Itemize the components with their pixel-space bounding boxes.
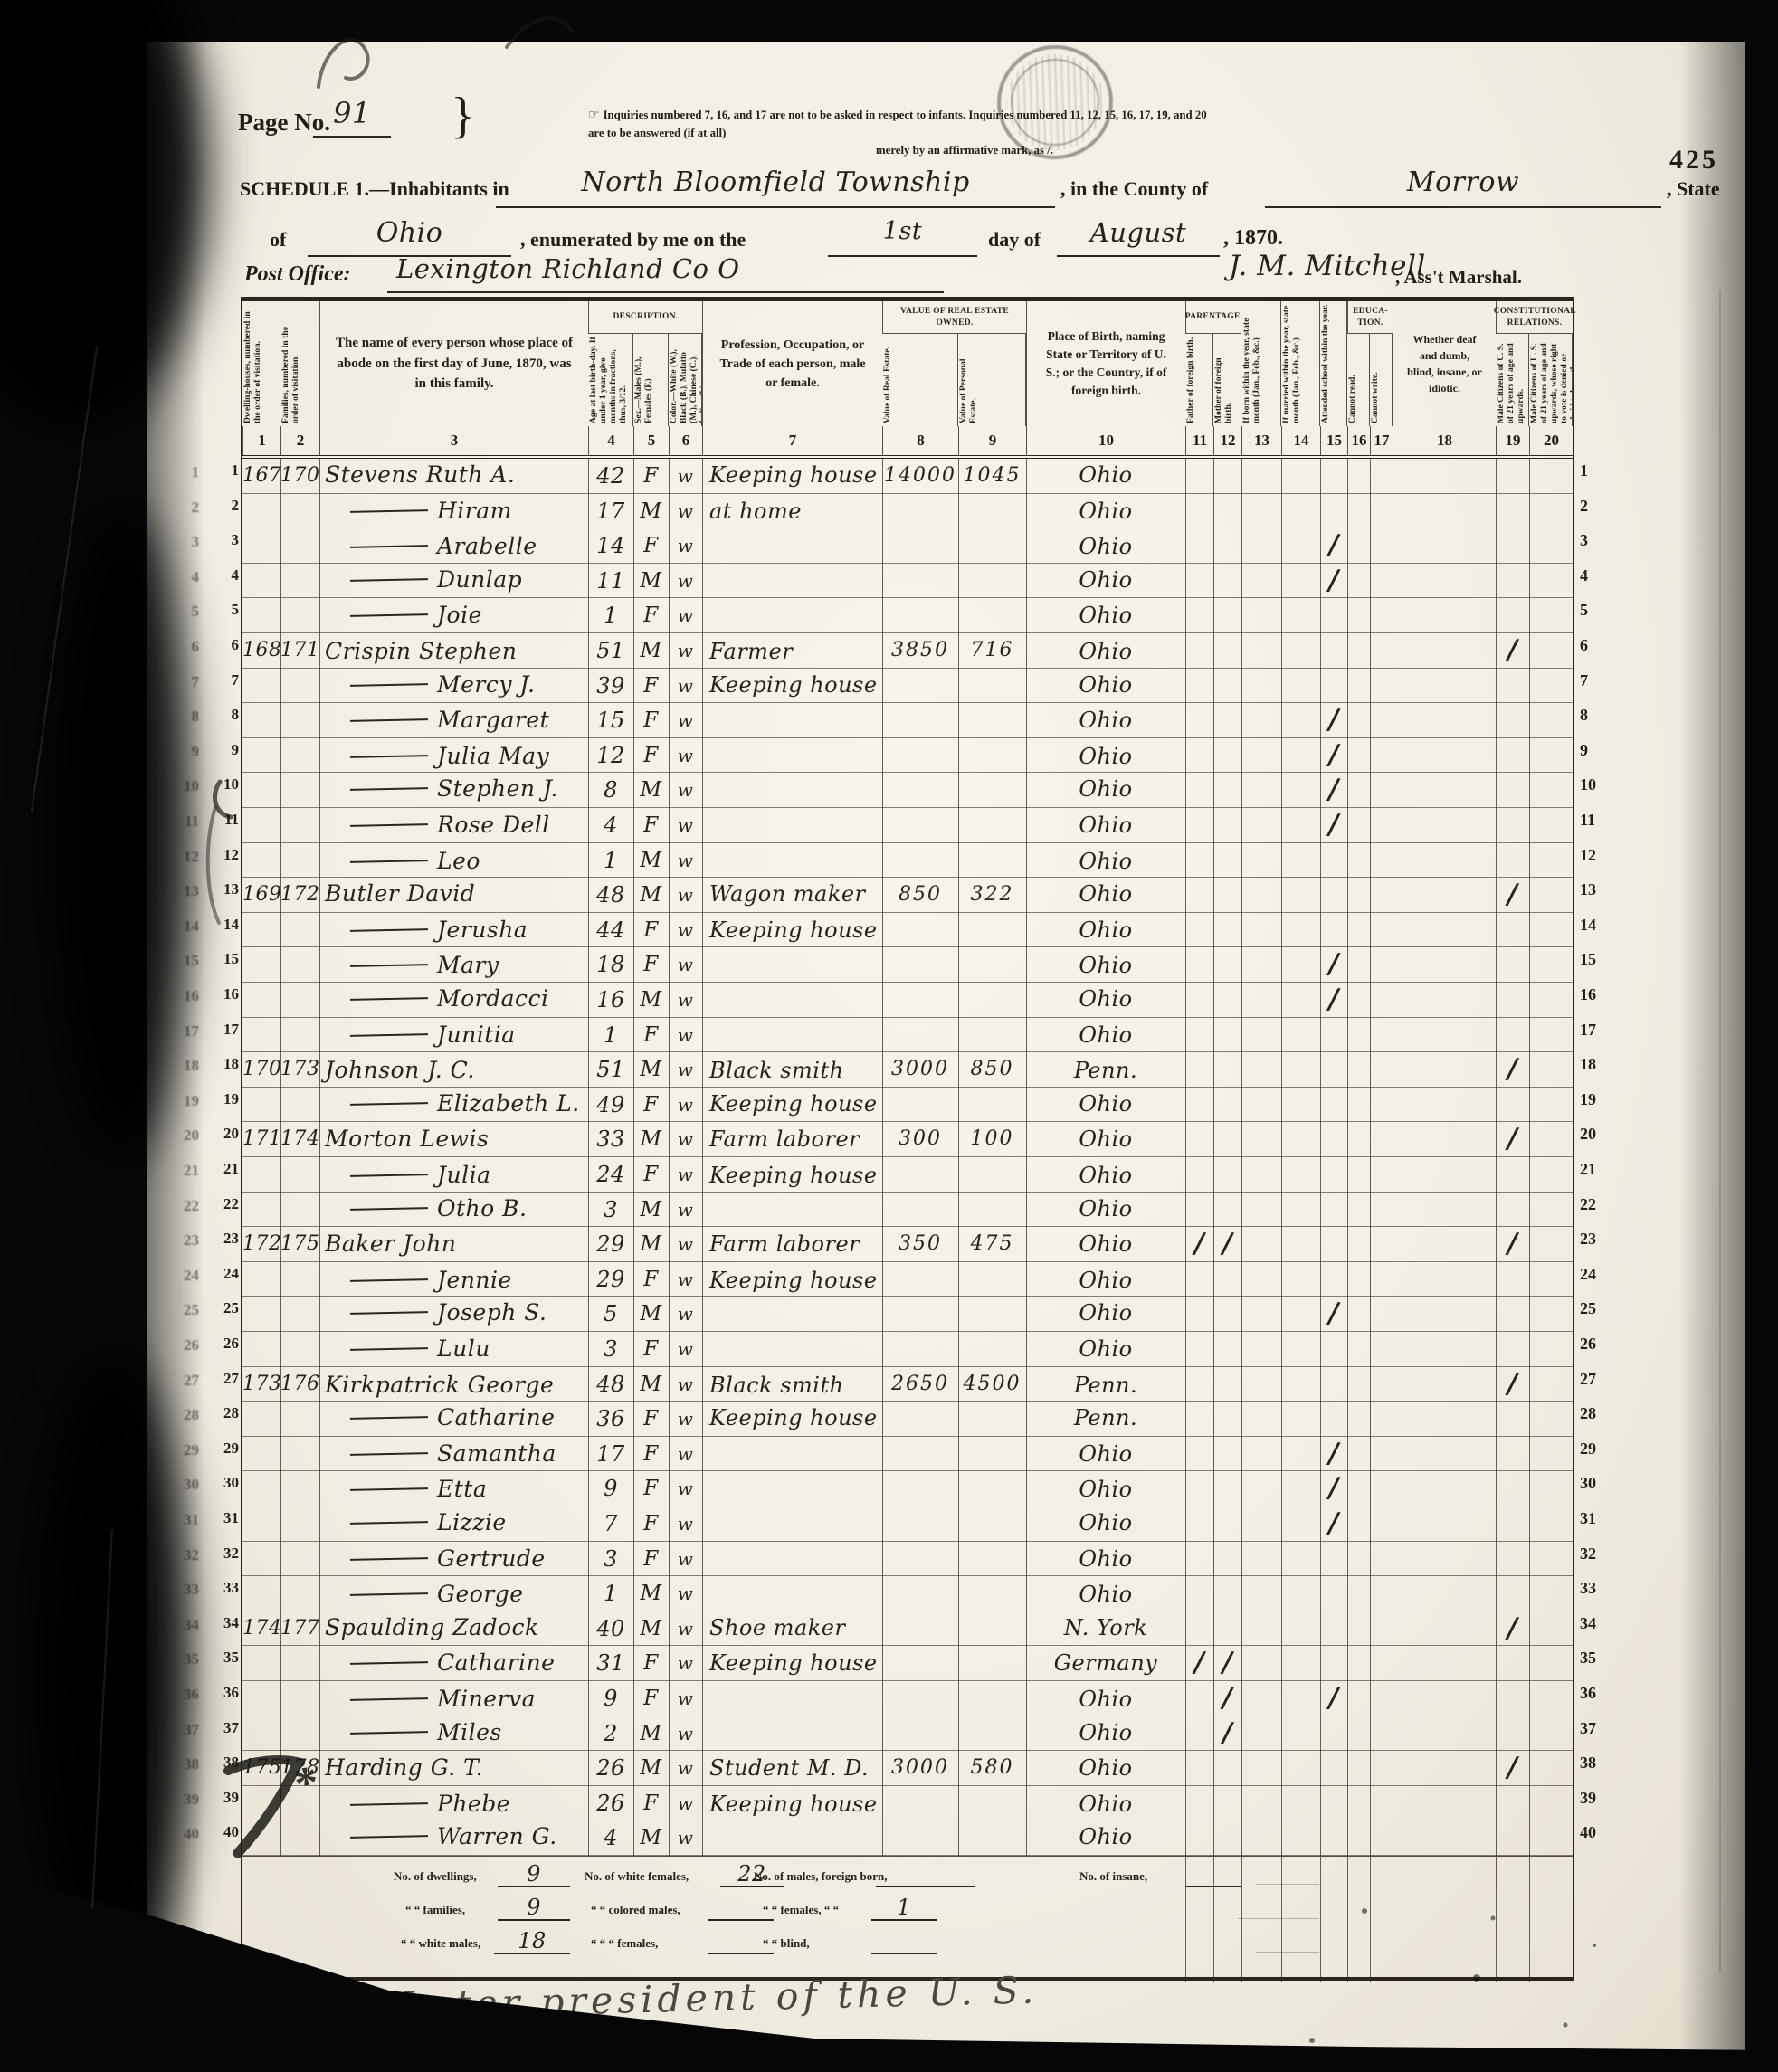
- grid-vline: [280, 459, 281, 1856]
- cell-sex: F: [633, 947, 669, 982]
- cell-color: w: [669, 1297, 702, 1331]
- cell-family: 176: [280, 1367, 319, 1402]
- totals-section: No. of dwellings,9No. of white females,2…: [242, 1856, 1573, 1982]
- row-number-right: 23: [1580, 1230, 1620, 1249]
- cell-color: w: [669, 564, 702, 598]
- cell-family: 173: [280, 1052, 319, 1087]
- cell-age: 48: [588, 878, 633, 912]
- cell-family: 170: [280, 459, 319, 493]
- cell-sex: F: [633, 598, 669, 632]
- grid-vline: [958, 459, 959, 1856]
- schedule-prefix: SCHEDULE 1.—Inhabitants in: [240, 177, 509, 201]
- ditto-dash: [350, 578, 428, 582]
- cell-sex: M: [633, 1716, 669, 1751]
- cell-age: 26: [588, 1786, 633, 1820]
- row-number-left: 24: [206, 1265, 239, 1283]
- cell-birthplace: Ohio: [1026, 1542, 1185, 1576]
- cell-birthplace: Ohio: [1026, 494, 1185, 528]
- of-label: of: [270, 228, 286, 252]
- tally-mark-col-19: /: [1496, 878, 1529, 912]
- cell-birthplace: Ohio: [1026, 1332, 1185, 1366]
- cell-age: 18: [588, 947, 633, 982]
- cell-occupation: Keeping house: [709, 458, 882, 492]
- row-number-left: 19: [206, 1090, 239, 1108]
- cell-dwelling: 169: [242, 878, 280, 912]
- tally-mark-col-15: /: [1320, 738, 1347, 773]
- cell-color: w: [669, 633, 702, 668]
- row-number-left: 27: [206, 1370, 239, 1388]
- row-number-left: 13: [206, 880, 239, 898]
- cell-birthplace: Ohio: [1026, 772, 1185, 806]
- ditto-dash: [350, 509, 428, 513]
- cell-color: w: [669, 947, 702, 982]
- row-number-right: 9: [1580, 741, 1620, 760]
- ditto-dash: [350, 1487, 428, 1491]
- row-number-right: 30: [1580, 1474, 1620, 1493]
- cell-occupation: Keeping house: [709, 1646, 882, 1680]
- cell-name: Joseph S.: [319, 1296, 588, 1330]
- cell-age: 26: [588, 1751, 633, 1785]
- row-number-right: 33: [1580, 1579, 1620, 1598]
- cell-name: Lizzie: [319, 1506, 588, 1540]
- grid-vline: [702, 459, 703, 1856]
- tally-mark-col-15: /: [1320, 1681, 1347, 1716]
- total-label: No. of males, foreign born,: [754, 1869, 887, 1884]
- cell-sex: F: [633, 1471, 669, 1506]
- row-number-left: 16: [206, 985, 239, 1003]
- cell-sex: F: [633, 1157, 669, 1192]
- cell-family: 175: [280, 1227, 319, 1261]
- ditto-dash: [350, 613, 428, 617]
- cell-color: w: [669, 1716, 702, 1751]
- row-number-right: 36: [1580, 1684, 1620, 1703]
- cell-occupation: Keeping house: [709, 668, 882, 702]
- cell-age: 29: [588, 1262, 633, 1297]
- tally-mark-col-15: /: [1320, 1471, 1347, 1506]
- row-number-left: 33: [206, 1579, 239, 1597]
- cell-birthplace: Ohio: [1026, 1472, 1185, 1506]
- ditto-dash: [350, 1102, 428, 1106]
- row-number-left: 22: [206, 1195, 239, 1213]
- tally-mark-col-15: /: [1320, 564, 1347, 598]
- cell-occupation: Student M. D.: [709, 1751, 882, 1785]
- grid-vline: [1281, 459, 1282, 1856]
- cell-name: Julia May: [319, 739, 588, 774]
- cell-personal-estate: 322: [958, 878, 1026, 912]
- row-number-right: 3: [1580, 531, 1620, 550]
- total-label: “ “ “ females,: [591, 1936, 658, 1951]
- cell-sex: F: [633, 1402, 669, 1436]
- cell-sex: M: [633, 1820, 669, 1855]
- cell-personal-estate: 100: [958, 1122, 1026, 1156]
- row-number-right: 31: [1580, 1509, 1620, 1528]
- cell-personal-estate: 4500: [958, 1367, 1026, 1402]
- row-number-left: 29: [206, 1440, 239, 1458]
- cell-name: Catharine: [319, 1646, 588, 1680]
- table-column-numbers: 1234567891011121314151617181920: [242, 426, 1573, 459]
- cell-birthplace: Ohio: [1026, 1716, 1185, 1750]
- row-number-right: 7: [1580, 671, 1620, 690]
- cell-color: w: [669, 1576, 702, 1611]
- column-number-6: 6: [669, 426, 702, 455]
- cell-name: Samantha: [319, 1437, 588, 1471]
- row-number-right: 17: [1580, 1021, 1620, 1040]
- ditto-dash: [350, 1661, 428, 1665]
- column-number-2: 2: [280, 426, 319, 455]
- cell-real-estate: 300: [882, 1122, 958, 1156]
- cell-sex: M: [633, 1193, 669, 1227]
- ditto-dash: [350, 683, 428, 687]
- cell-age: 4: [588, 808, 633, 842]
- cell-occupation: Farm laborer: [709, 1227, 882, 1261]
- cell-age: 3: [588, 1332, 633, 1366]
- cell-color: w: [669, 983, 702, 1017]
- cell-age: 3: [588, 1193, 633, 1227]
- county-label: , in the County of: [1060, 177, 1208, 201]
- cell-real-estate: 350: [882, 1227, 958, 1261]
- cell-age: 9: [588, 1681, 633, 1716]
- column-heading-6: Color.—White (W.), Black (B.), Mulatto (…: [669, 334, 702, 426]
- row-number-left: 18: [206, 1055, 239, 1073]
- cell-age: 16: [588, 983, 633, 1017]
- cell-birthplace: Ohio: [1026, 529, 1185, 564]
- cell-name: Rose Dell: [319, 808, 588, 842]
- cell-birthplace: Ohio: [1026, 1577, 1185, 1611]
- cell-sex: F: [633, 738, 669, 773]
- cell-birthplace: Ohio: [1026, 982, 1185, 1016]
- row-number-right: 2: [1580, 497, 1620, 516]
- cell-real-estate: 14000: [882, 459, 958, 493]
- day-of-label: day of: [988, 228, 1041, 252]
- tally-mark-col-12: /: [1213, 1681, 1241, 1716]
- tally-mark-col-12: /: [1213, 1646, 1241, 1680]
- cell-birthplace: Ohio: [1026, 1158, 1185, 1193]
- row-number-left: 14: [206, 916, 239, 934]
- cell-color: w: [669, 598, 702, 632]
- cell-sex: M: [633, 1122, 669, 1156]
- row-number-right: 27: [1580, 1370, 1620, 1389]
- cell-birthplace: Ohio: [1026, 1263, 1185, 1297]
- cell-color: w: [669, 703, 702, 737]
- instructions-line2: merely by an affirmative mark, as /.: [588, 144, 1214, 157]
- cell-birthplace: Ohio: [1026, 844, 1185, 879]
- day-underline: 1st: [828, 217, 977, 257]
- cell-age: 17: [588, 494, 633, 528]
- tally-mark-col-12: /: [1213, 1716, 1241, 1751]
- row-number-left: 3: [206, 531, 239, 549]
- cell-birthplace: Ohio: [1026, 668, 1185, 702]
- total-underline: [1185, 1886, 1241, 1887]
- cell-sex: F: [633, 1646, 669, 1680]
- grid-vline: [1320, 1857, 1321, 1982]
- cell-birthplace: Ohio: [1026, 1751, 1185, 1785]
- cell-color: w: [669, 843, 702, 878]
- total-label: “ “ families,: [405, 1903, 465, 1917]
- locality-underline: North Bloomfield Township: [496, 166, 1055, 208]
- cell-age: 31: [588, 1646, 633, 1680]
- bleed-through-line: [1256, 1884, 1319, 1885]
- tally-mark-col-15: /: [1320, 1437, 1347, 1471]
- cell-age: 42: [588, 459, 633, 493]
- cell-sex: F: [633, 808, 669, 842]
- cell-sex: F: [633, 1437, 669, 1471]
- cell-color: w: [669, 1471, 702, 1506]
- total-label: “ “ blind,: [763, 1936, 810, 1951]
- grid-hline: [242, 1680, 1573, 1681]
- ditto-dash: [350, 1802, 428, 1806]
- cell-sex: M: [633, 564, 669, 598]
- cell-name: Baker John: [319, 1227, 588, 1261]
- cell-sex: F: [633, 459, 669, 493]
- row-number-left: 12: [206, 846, 239, 864]
- cell-color: w: [669, 669, 702, 703]
- column-number-19: 19: [1496, 426, 1529, 455]
- ditto-dash: [350, 1347, 428, 1351]
- row-number-right: 20: [1580, 1125, 1620, 1144]
- row-number-right: 8: [1580, 706, 1620, 725]
- tally-mark-col-11: /: [1185, 1646, 1213, 1680]
- cell-sex: F: [633, 1332, 669, 1366]
- row-number-left: 32: [206, 1544, 239, 1563]
- cell-birthplace: Ohio: [1026, 1506, 1185, 1540]
- cell-occupation: Keeping house: [709, 1787, 882, 1821]
- cell-color: w: [669, 1122, 702, 1156]
- row-number-left: 34: [206, 1614, 239, 1632]
- cell-age: 11: [588, 564, 633, 598]
- page-no-brace: }: [451, 87, 475, 145]
- tally-mark-col-19: /: [1496, 1122, 1529, 1156]
- cell-name: Crispin Stephen: [319, 634, 588, 669]
- column-heading-11: Father of foreign birth.: [1185, 334, 1213, 426]
- ditto-dash: [350, 1521, 428, 1525]
- bleed-through-line: [1238, 1918, 1319, 1919]
- column-number-11: 11: [1185, 426, 1213, 455]
- row-number-right: 21: [1580, 1160, 1620, 1179]
- cell-family: 177: [280, 1611, 319, 1646]
- cell-real-estate: 850: [882, 878, 958, 912]
- cell-age: 17: [588, 1437, 633, 1471]
- grid-vline: [1281, 1857, 1282, 1982]
- census-table: Dwelling-houses, numbered in the order o…: [241, 297, 1574, 1981]
- row-number-right: 32: [1580, 1544, 1620, 1564]
- cell-color: w: [669, 1227, 702, 1261]
- cell-birthplace: Ohio: [1026, 1682, 1185, 1716]
- column-number-15: 15: [1320, 426, 1347, 455]
- cell-birthplace: Ohio: [1026, 458, 1185, 492]
- cell-name: Julia: [319, 1158, 588, 1193]
- cell-name: Minerva: [319, 1682, 588, 1716]
- group-heading-constitutional: CONSTITUTIONAL RELATIONS.: [1496, 301, 1573, 334]
- ditto-dash: [350, 1592, 428, 1596]
- row-number-right: 18: [1580, 1055, 1620, 1074]
- cell-sex: F: [633, 1542, 669, 1576]
- ditto-dash: [350, 1174, 428, 1177]
- cell-name: Hiram: [319, 494, 588, 528]
- grid-vline: [1496, 459, 1497, 1856]
- cell-occupation: Wagon maker: [709, 877, 882, 911]
- cell-personal-estate: 716: [958, 633, 1026, 668]
- cell-age: 9: [588, 1471, 633, 1506]
- cell-name: Phebe: [319, 1787, 588, 1821]
- marshal-title: , Ass't Marshal.: [1395, 266, 1522, 289]
- cell-age: 3: [588, 1542, 633, 1576]
- cell-name: Miles: [319, 1716, 588, 1750]
- grid-vline: [1370, 1857, 1371, 1982]
- tally-mark-col-15: /: [1320, 703, 1347, 737]
- cell-dwelling: 171: [242, 1122, 280, 1156]
- year-label: , 1870.: [1223, 226, 1283, 251]
- row-number-left: 20: [206, 1125, 239, 1143]
- cell-birthplace: Ohio: [1026, 808, 1185, 842]
- ditto-dash: [350, 1557, 428, 1561]
- ditto-dash: [350, 755, 428, 758]
- page-no-value: 91: [313, 96, 391, 130]
- row-number-left: 17: [206, 1021, 239, 1039]
- cell-real-estate: 3000: [882, 1751, 958, 1785]
- enumerated-label: , enumerated by me on the: [520, 228, 746, 252]
- tally-mark-col-15: /: [1320, 947, 1347, 982]
- cell-age: 49: [588, 1088, 633, 1122]
- row-number-right: 1: [1580, 461, 1620, 480]
- cell-age: 2: [588, 1716, 633, 1751]
- row-number-right: 26: [1580, 1335, 1620, 1354]
- cell-sex: M: [633, 1052, 669, 1087]
- row-number-right: 24: [1580, 1265, 1620, 1284]
- cell-name: Morton Lewis: [319, 1122, 588, 1156]
- group-heading-parentage: PARENTAGE.: [1185, 301, 1241, 334]
- cell-birthplace: Penn.: [1026, 1401, 1185, 1435]
- ditto-dash: [350, 1033, 428, 1037]
- tally-mark-col-15: /: [1320, 808, 1347, 842]
- cell-sex: M: [633, 1227, 669, 1261]
- row-number-right: 35: [1580, 1649, 1620, 1668]
- cell-name: Elizabeth L.: [319, 1087, 588, 1121]
- cell-personal-estate: 1045: [958, 459, 1026, 493]
- column-heading-1: Dwelling-houses, numbered in the order o…: [242, 301, 280, 426]
- manicule-icon: ☞: [588, 108, 600, 122]
- cell-sex: M: [633, 843, 669, 878]
- cell-color: w: [669, 1262, 702, 1297]
- column-number-20: 20: [1529, 426, 1573, 455]
- cell-color: w: [669, 494, 702, 528]
- grid-vline: [1241, 459, 1242, 1856]
- cell-age: 4: [588, 1820, 633, 1855]
- county-value: Morrow: [1265, 166, 1661, 198]
- bleed-through-line: [1256, 1952, 1319, 1953]
- total-label: “ “ females, “ “: [763, 1903, 839, 1917]
- instructions-line1: Inquiries numbered 7, 16, and 17 are not…: [588, 109, 1207, 139]
- group-heading-education: EDUCA-TION.: [1347, 301, 1393, 334]
- row-number-right: 34: [1580, 1614, 1620, 1633]
- grid-vline: [1529, 1857, 1530, 1982]
- cell-age: 1: [588, 1576, 633, 1611]
- ditto-dash: [350, 1697, 428, 1701]
- row-number-left: 38: [206, 1754, 239, 1772]
- cell-color: w: [669, 878, 702, 912]
- cell-birthplace: N. York: [1026, 1611, 1185, 1645]
- column-heading-4: Age at last birth-day. If under 1 year, …: [588, 334, 633, 426]
- cell-sex: M: [633, 633, 669, 668]
- cell-occupation: Farmer: [709, 634, 882, 669]
- post-office-underline: Lexington Richland Co O: [387, 253, 944, 293]
- day-value: 1st: [828, 217, 977, 245]
- row-number-right: 37: [1580, 1719, 1620, 1738]
- cell-color: w: [669, 1402, 702, 1436]
- cell-name: Leo: [319, 844, 588, 879]
- cell-color: w: [669, 1786, 702, 1820]
- cell-occupation: Keeping house: [709, 1087, 882, 1121]
- column-number-10: 10: [1026, 426, 1185, 455]
- cell-birthplace: Ohio: [1026, 1227, 1185, 1261]
- ditto-dash: [350, 860, 428, 863]
- total-label: No. of white females,: [585, 1869, 689, 1884]
- cell-age: 14: [588, 528, 633, 563]
- cell-sex: F: [633, 1018, 669, 1052]
- ditto-dash: [350, 1452, 428, 1456]
- row-number-right: 6: [1580, 636, 1620, 655]
- cell-birthplace: Ohio: [1026, 1122, 1185, 1156]
- cell-age: 40: [588, 1611, 633, 1646]
- cell-name: Jerusha: [319, 913, 588, 947]
- cell-occupation: Shoe maker: [709, 1611, 882, 1645]
- cell-sex: F: [633, 1262, 669, 1297]
- total-underline: [708, 1919, 774, 1921]
- total-value: 1: [871, 1894, 937, 1921]
- cell-sex: M: [633, 878, 669, 912]
- row-number-right: 4: [1580, 566, 1620, 585]
- tally-mark-col-19: /: [1496, 1052, 1529, 1087]
- cell-occupation: Keeping house: [709, 1263, 882, 1297]
- cell-sex: M: [633, 494, 669, 528]
- cell-birthplace: Ohio: [1026, 1787, 1185, 1821]
- cell-family: 174: [280, 1122, 319, 1156]
- cell-occupation: Keeping house: [709, 1158, 882, 1193]
- cell-age: 36: [588, 1402, 633, 1436]
- cell-occupation: Keeping house: [709, 1401, 882, 1435]
- cell-name: Margaret: [319, 703, 588, 737]
- cell-family: 171: [280, 633, 319, 668]
- cell-name: Joie: [319, 598, 588, 632]
- cell-name: Stephen J.: [319, 772, 588, 806]
- cell-age: 44: [588, 913, 633, 947]
- row-number-left: 40: [206, 1823, 239, 1841]
- tally-mark-col-19: /: [1496, 1751, 1529, 1785]
- row-number-right: 40: [1580, 1823, 1620, 1842]
- cell-age: 1: [588, 598, 633, 632]
- column-number-9: 9: [958, 426, 1026, 455]
- column-heading-15: Attended school within the year.: [1320, 301, 1347, 426]
- cell-occupation: Black smith: [709, 1368, 882, 1402]
- column-number-16: 16: [1347, 426, 1370, 455]
- cell-name: Stevens Ruth A.: [319, 458, 588, 492]
- census-scan-photo: Page No. 91 } ☞ Inquiries numbered 7, 16…: [0, 0, 1778, 2072]
- cell-sex: F: [633, 1681, 669, 1716]
- cell-color: w: [669, 1646, 702, 1680]
- row-number-left: 31: [206, 1509, 239, 1527]
- cell-name: Warren G.: [319, 1820, 588, 1854]
- cell-name: Butler David: [319, 877, 588, 911]
- paper-fold-line: [1719, 290, 1721, 1972]
- cell-color: w: [669, 1193, 702, 1227]
- tally-mark-col-19: /: [1496, 633, 1529, 668]
- row-number-right: 12: [1580, 846, 1620, 865]
- cell-sex: F: [633, 913, 669, 947]
- total-label: No. of insane,: [1079, 1869, 1147, 1884]
- column-heading-19: Male Citizens of U. S. of 21 years of ag…: [1496, 334, 1529, 426]
- ditto-dash: [350, 545, 428, 548]
- row-number-right: 22: [1580, 1195, 1620, 1214]
- grid-vline: [1347, 1857, 1348, 1982]
